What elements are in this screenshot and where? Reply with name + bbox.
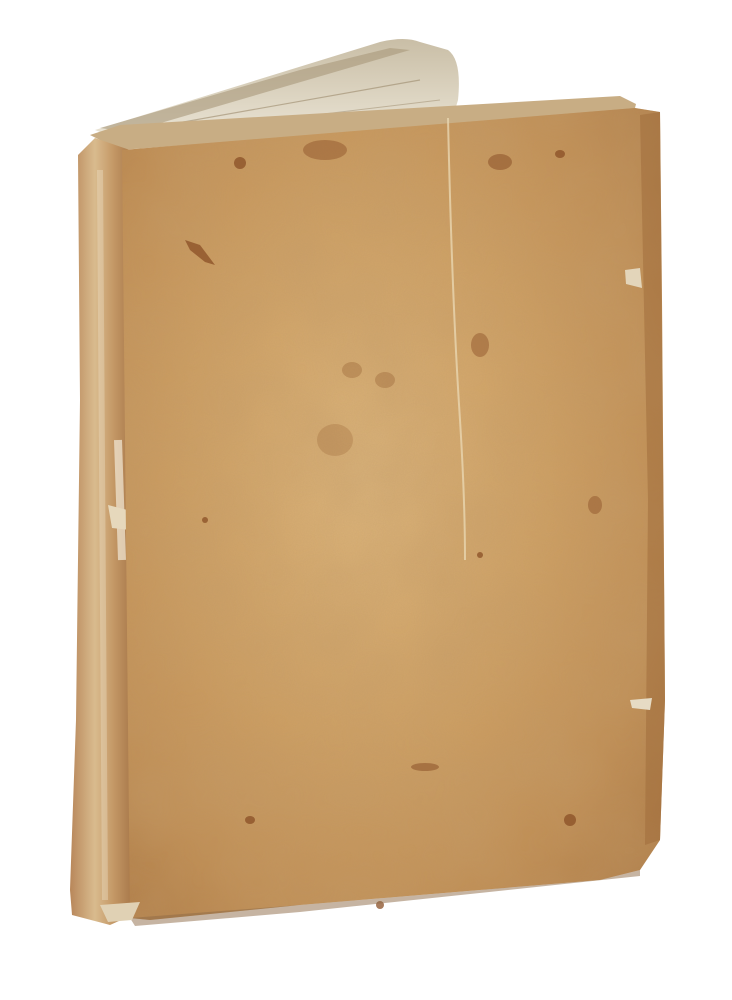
book-photograph: [0, 0, 732, 1000]
